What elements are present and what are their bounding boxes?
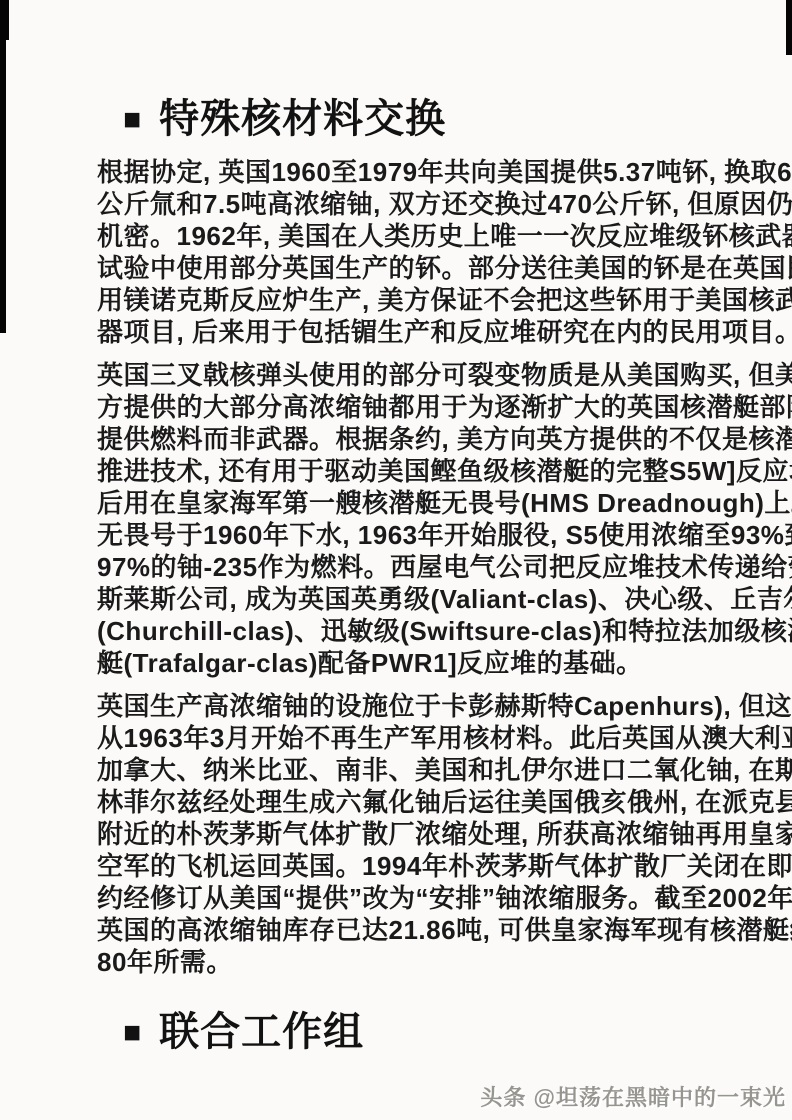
document-content: ■ 特殊核材料交换 根据协定, 英国1960至1979年共向美国提供5.37吨钚… — [97, 93, 709, 1058]
text-line: 附近的朴茨茅斯气体扩散厂浓缩处理, 所获高浓缩铀再用皇家 — [97, 818, 709, 850]
scan-edge-artifact-left-top — [0, 0, 9, 40]
section-heading-joint-working-group: ■ 联合工作组 — [97, 1006, 709, 1058]
heading-text: 联合工作组 — [159, 1006, 364, 1058]
text-line: 空军的飞机运回英国。1994年朴茨茅斯气体扩散厂关闭在即, 条 — [97, 850, 709, 882]
text-line: 机密。1962年, 美国在人类历史上唯一一次反应堆级钚核武器 — [97, 220, 709, 252]
text-line: 后用在皇家海军第一艘核潜艇无畏号(HMS Dreadnough)上。 — [97, 487, 709, 519]
text-line: 用镁诺克斯反应炉生产, 美方保证不会把这些钚用于美国核武 — [97, 284, 709, 316]
text-line: 从1963年3月开始不再生产军用核材料。此后英国从澳大利亚、 — [97, 722, 709, 754]
text-line: 英国三叉戟核弹头使用的部分可裂变物质是从美国购买, 但美 — [97, 359, 709, 391]
text-line: 80年所需。 — [97, 946, 709, 978]
text-line: 试验中使用部分英国生产的钚。部分送往美国的钚是在英国民 — [97, 252, 709, 284]
heading-square-bullet-icon: ■ — [123, 1007, 142, 1059]
text-line: 97%的铀-235作为燃料。西屋电气公司把反应堆技术传递给劳 — [97, 551, 709, 583]
text-line: (Churchill-clas)、迅敏级(Swiftsure-clas)和特拉法… — [97, 615, 709, 647]
paragraph-plutonium-exchange: 根据协定, 英国1960至1979年共向美国提供5.37吨钚, 换取6.7公斤氚… — [97, 156, 709, 348]
heading-text: 特殊核材料交换 — [159, 93, 446, 145]
text-line: 约经修订从美国“提供”改为“安排”铀浓缩服务。截至2002年3月, — [97, 882, 709, 914]
heading-square-bullet-icon: ■ — [123, 94, 142, 146]
text-line: 提供燃料而非武器。根据条约, 美方向英方提供的不仅是核潜艇 — [97, 423, 709, 455]
text-line: 艇(Trafalgar-clas)配备PWR1]反应堆的基础。 — [97, 647, 709, 679]
scan-edge-artifact-right — [786, 0, 792, 55]
text-line: 器项目, 后来用于包括镅生产和反应堆研究在内的民用项目。 — [97, 316, 709, 348]
text-line: 公斤氚和7.5吨高浓缩铀, 双方还交换过470公斤钚, 但原因仍属 — [97, 188, 709, 220]
section-heading-special-nuclear-material-exchange: ■ 特殊核材料交换 — [97, 93, 709, 145]
document-page: ■ 特殊核材料交换 根据协定, 英国1960至1979年共向美国提供5.37吨钚… — [0, 0, 792, 1120]
text-line: 无畏号于1960年下水, 1963年开始服役, S5使用浓缩至93%到 — [97, 519, 709, 551]
text-line: 根据协定, 英国1960至1979年共向美国提供5.37吨钚, 换取6.7 — [97, 156, 709, 188]
watermark-toutiao-author: 头条 @坦荡在黑暗中的一束光 — [480, 1081, 786, 1112]
text-line: 推进技术, 还有用于驱动美国鲣鱼级核潜艇的完整S5W]反应堆, — [97, 455, 709, 487]
text-line: 林菲尔兹经处理生成六氟化铀后运往美国俄亥俄州, 在派克县 — [97, 786, 709, 818]
text-line: 加拿大、纳米比亚、南非、美国和扎伊尔进口二氧化铀, 在斯普 — [97, 754, 709, 786]
text-line: 斯莱斯公司, 成为英国英勇级(Valiant-clas)、决心级、丘吉尔级 — [97, 583, 709, 615]
text-line: 英国的高浓缩铀库存已达21.86吨, 可供皇家海军现有核潜艇约 — [97, 914, 709, 946]
text-line: 英国生产高浓缩铀的设施位于卡彭赫斯特Capenhurs), 但这里 — [97, 690, 709, 722]
text-line: 方提供的大部分高浓缩铀都用于为逐渐扩大的英国核潜艇部队 — [97, 391, 709, 423]
scan-edge-artifact-left — [0, 38, 6, 333]
paragraph-heu-production: 英国生产高浓缩铀的设施位于卡彭赫斯特Capenhurs), 但这里从1963年3… — [97, 690, 709, 978]
paragraph-trident-submarines: 英国三叉戟核弹头使用的部分可裂变物质是从美国购买, 但美方提供的大部分高浓缩铀都… — [97, 359, 709, 679]
